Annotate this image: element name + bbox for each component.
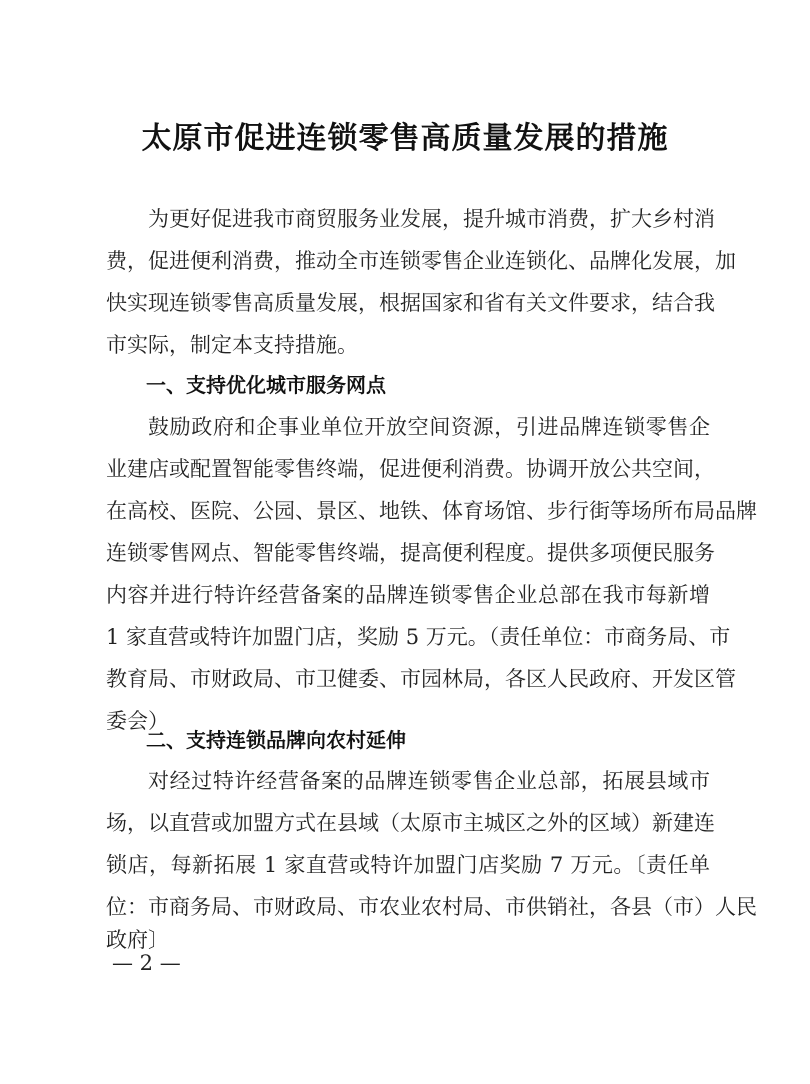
intro-line: 为更好促进我市商贸服务业发展，提升城市消费，扩大乡村消 (106, 203, 710, 233)
section-2-line: 位：市商务局、市财政局、市农业农村局、市供销社，各县（市）人民 (106, 891, 710, 921)
section-1-line: 教育局、市财政局、市卫健委、市园林局，各区人民政府、开发区管 (106, 663, 710, 693)
section-1-line: 连锁零售网点、智能零售终端，提高便利程度。提供多项便民服务 (106, 537, 710, 567)
section-1-line: 在高校、医院、公园、景区、地铁、体育场馆、步行街等场所布局品牌 (106, 495, 710, 525)
section-1-line: 内容并进行特许经营备案的品牌连锁零售企业总部在我市每新增 (106, 579, 710, 609)
intro-line: 费，促进便利消费，推动全市连锁零售企业连锁化、品牌化发展，加 (106, 245, 710, 275)
section-2-line: 场，以直营或加盟方式在县域（太原市主城区之外的区域）新建连 (106, 807, 710, 837)
page-number: — 2 — (112, 951, 181, 975)
section-2-line: 锁店，每新拓展 1 家直营或特许加盟门店奖励 7 万元。〔责任单 (106, 849, 710, 879)
section-heading-1: 一、支持优化城市服务网点 (146, 369, 386, 398)
intro-line: 快实现连锁零售高质量发展，根据国家和省有关文件要求，结合我 (106, 287, 710, 317)
section-2-line: 政府〕 (106, 924, 710, 954)
intro-line: 市实际，制定本支持措施。 (106, 329, 710, 359)
section-1-line: 业建店或配置智能零售终端，促进便利消费。协调开放公共空间， (106, 453, 710, 483)
section-1-line: 鼓励政府和企事业单位开放空间资源，引进品牌连锁零售企 (106, 411, 710, 441)
section-1-line: 1 家直营或特许加盟门店，奖励 5 万元。（责任单位：市商务局、市 (106, 621, 710, 651)
section-2-line: 对经过特许经营备案的品牌连锁零售企业总部，拓展县域市 (106, 765, 710, 795)
document-title: 太原市促进连锁零售高质量发展的措施 (0, 113, 810, 157)
section-heading-2: 二、支持连锁品牌向农村延伸 (146, 724, 406, 753)
